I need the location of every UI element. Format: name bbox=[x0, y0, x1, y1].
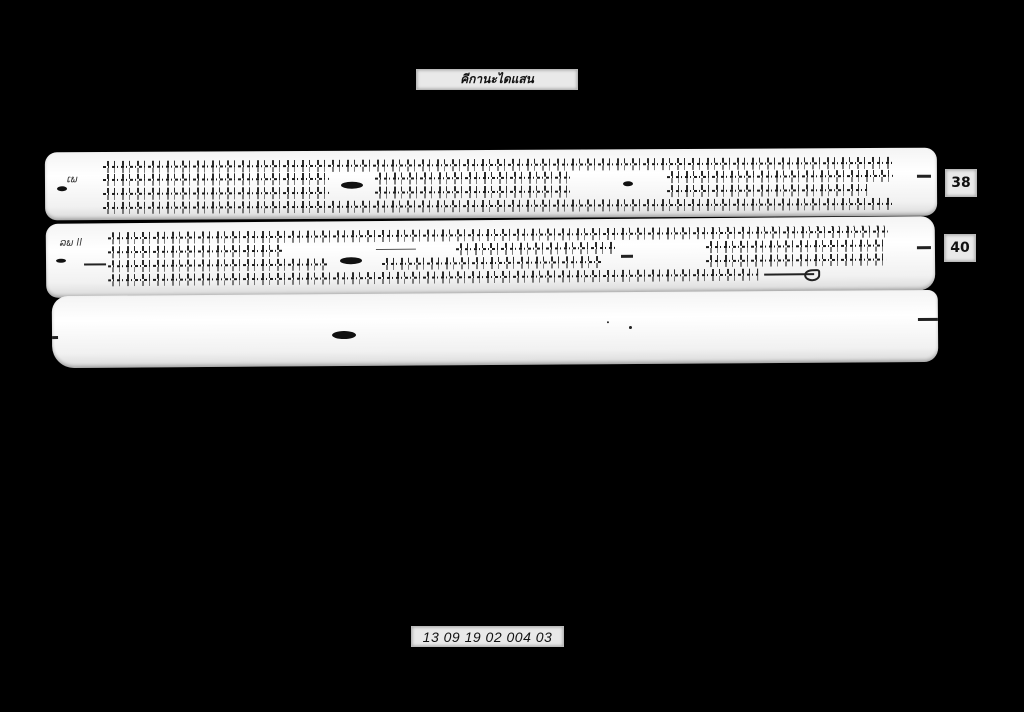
script-line bbox=[103, 203, 893, 209]
string-hole-mark bbox=[57, 186, 67, 191]
script-line bbox=[103, 162, 893, 168]
margin-mark: ລພ ll bbox=[60, 238, 82, 249]
catalog-code-label: 13 09 19 02 004 03 bbox=[411, 626, 564, 647]
palm-leaf-folio-1: ເພ bbox=[45, 148, 937, 221]
page-number-label: 40 bbox=[944, 234, 976, 262]
rule-mark bbox=[84, 263, 106, 265]
script-line bbox=[382, 261, 602, 265]
string-hole-mark bbox=[56, 259, 66, 263]
script-line bbox=[103, 178, 329, 181]
script-line bbox=[108, 274, 758, 282]
string-hole-right bbox=[623, 181, 633, 186]
palm-leaf-folio-3-blank bbox=[52, 290, 938, 368]
script-line bbox=[108, 231, 888, 240]
script-line bbox=[667, 175, 893, 178]
edge-notch bbox=[917, 246, 931, 249]
string-hole-left bbox=[341, 182, 363, 189]
margin-mark: ເພ bbox=[67, 174, 78, 185]
string-hole-right bbox=[621, 255, 633, 258]
script-line bbox=[667, 189, 867, 192]
script-line bbox=[456, 247, 616, 250]
title-label: คีกานะไดแสน bbox=[416, 69, 578, 90]
palm-leaf-folio-2: ລພ ll bbox=[46, 216, 936, 298]
string-hole-left bbox=[340, 257, 362, 264]
edge-notch bbox=[917, 175, 931, 178]
script-line bbox=[375, 191, 571, 194]
string-hole-left bbox=[332, 331, 356, 339]
page-number-label: 38 bbox=[945, 169, 977, 197]
script-line bbox=[706, 259, 886, 263]
script-line bbox=[103, 192, 329, 195]
ink-speck bbox=[629, 326, 632, 329]
ink-speck bbox=[607, 321, 609, 323]
script-line bbox=[108, 250, 284, 254]
script-line bbox=[706, 245, 886, 249]
edge-chip bbox=[52, 336, 58, 339]
rule-mark bbox=[376, 249, 416, 250]
end-ornament-icon bbox=[764, 273, 814, 275]
script-line bbox=[375, 177, 571, 180]
edge-notch bbox=[918, 318, 938, 321]
script-line bbox=[108, 263, 328, 267]
